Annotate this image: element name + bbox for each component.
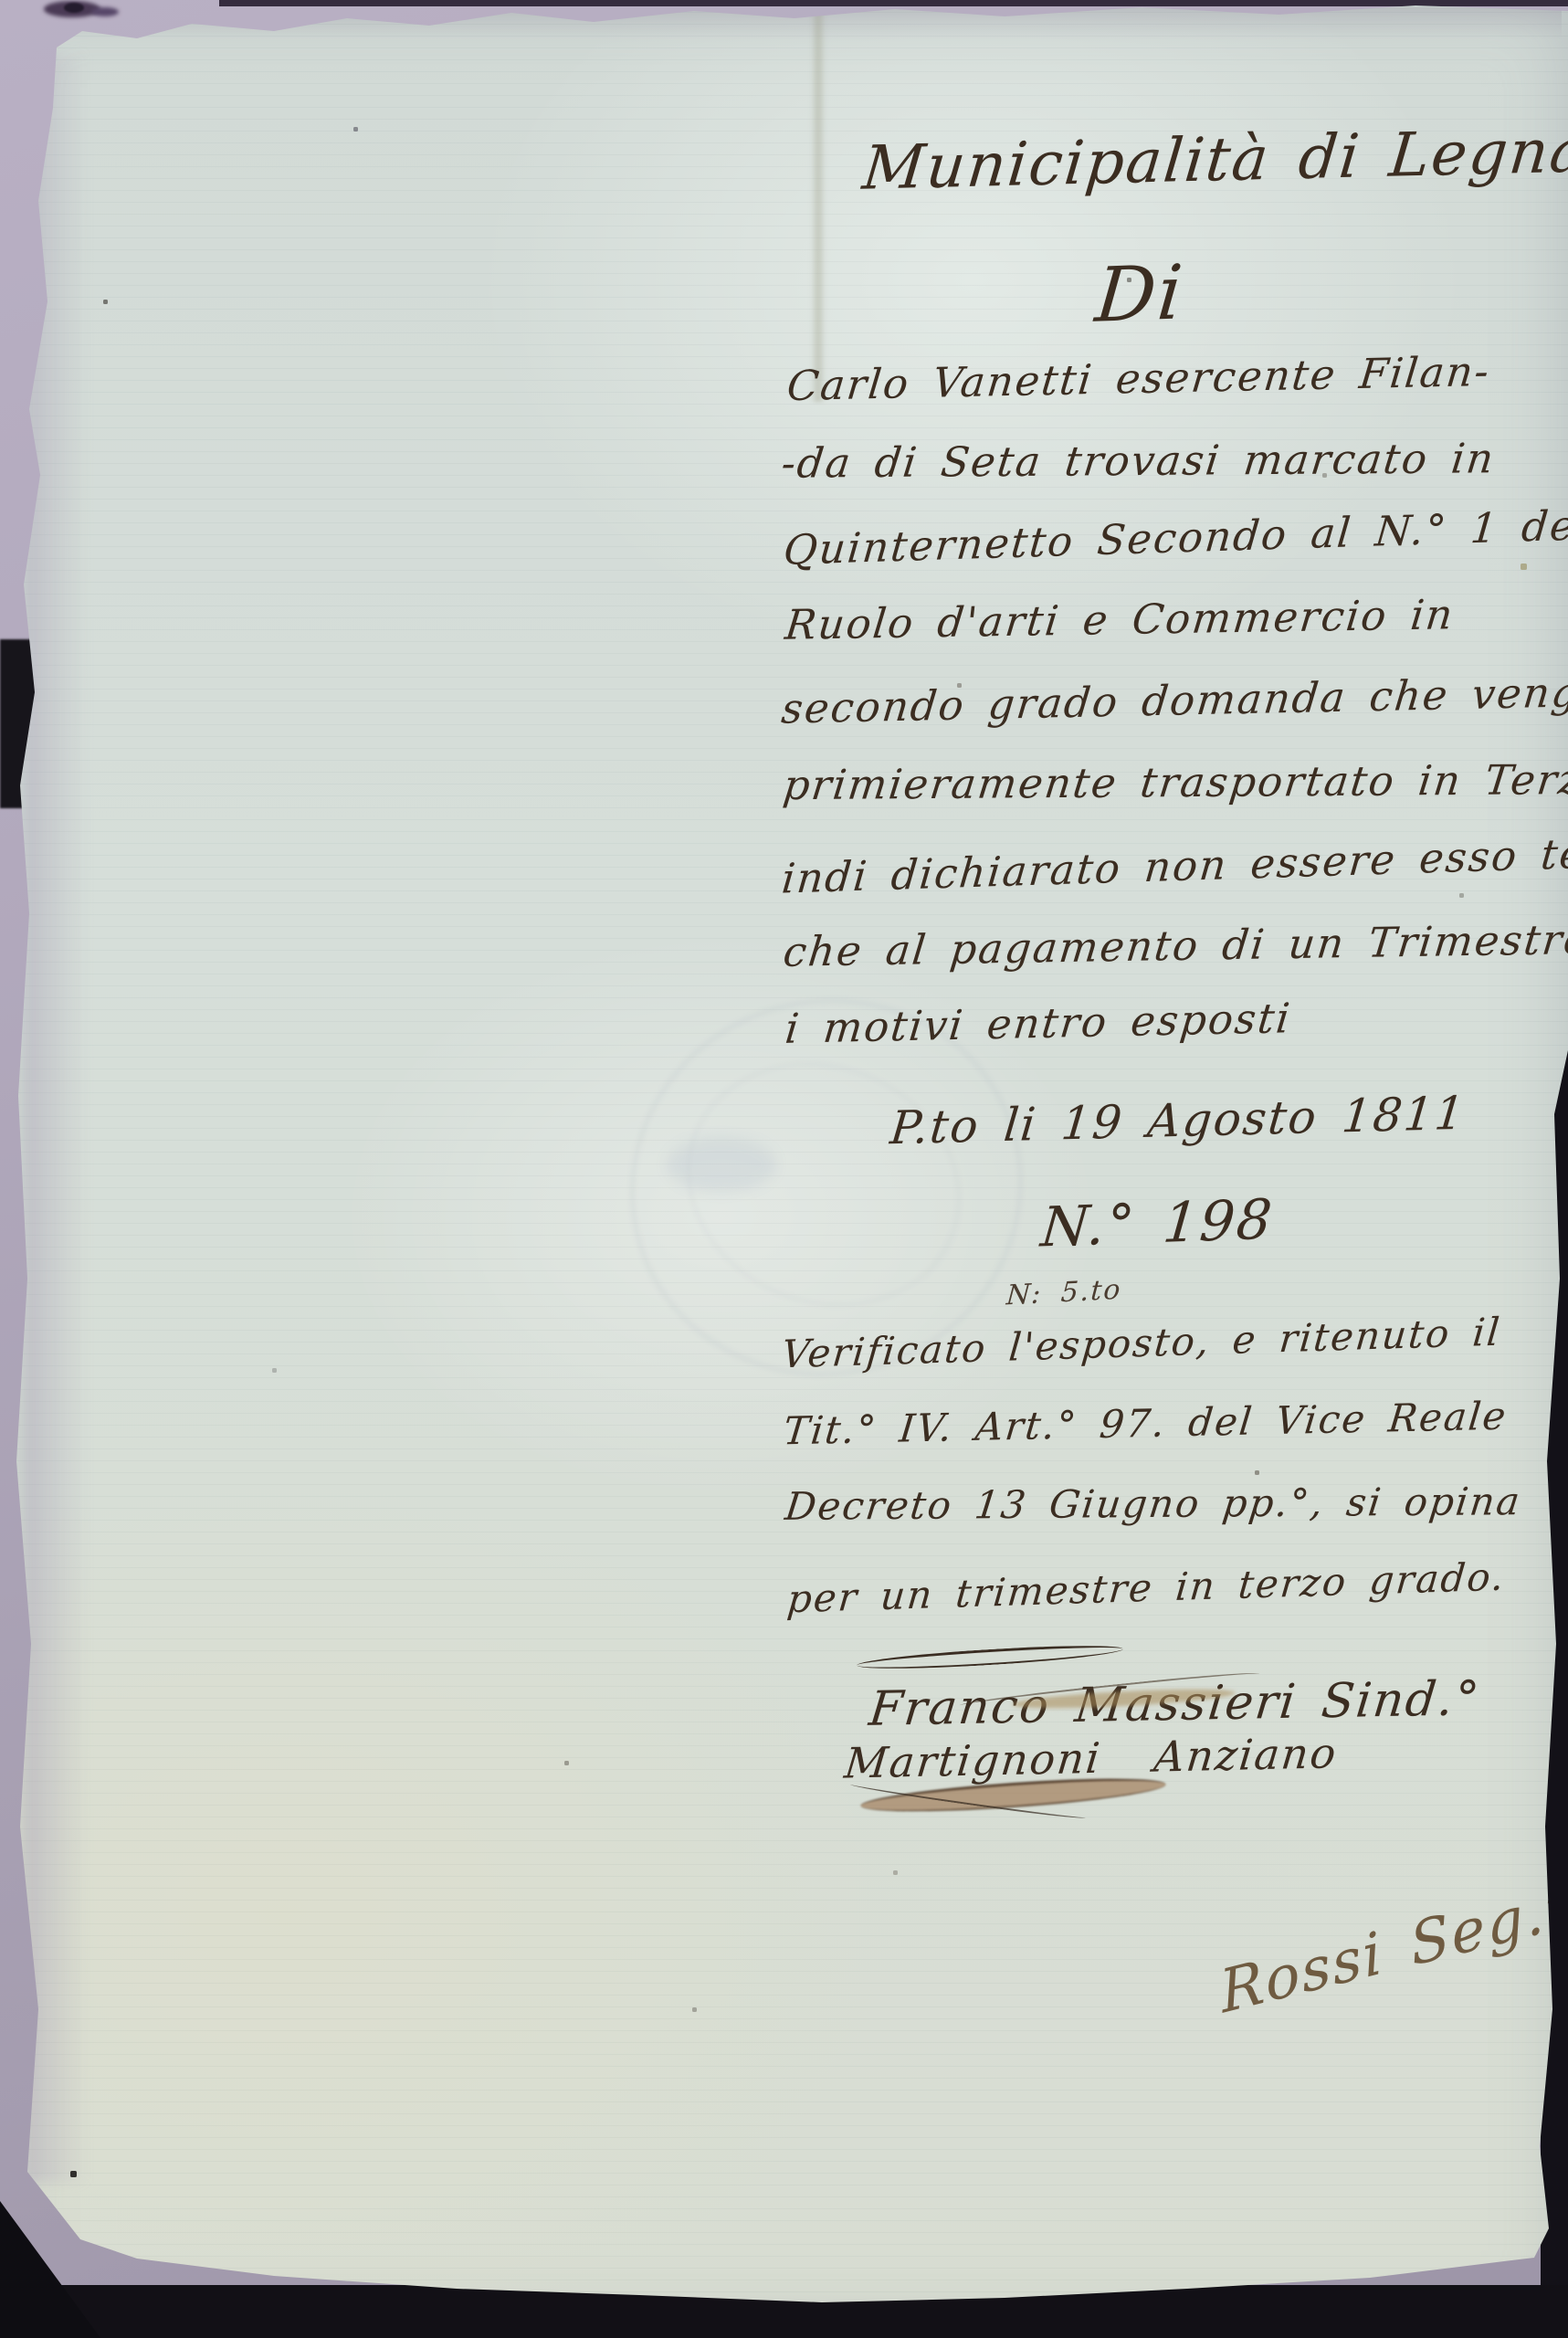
docket-number: N.° 198	[1040, 1188, 1275, 1260]
salutation: Di	[1094, 249, 1184, 339]
watermark	[630, 1000, 1023, 1374]
scan-blotch	[64, 3, 84, 13]
manuscript-line: -da di Seta trovasi marcato in	[782, 434, 1495, 487]
resolution-line: Decreto 13 Giugno pp.°, si opina	[785, 1479, 1521, 1529]
paper-sheet: Municipalità di Legnano Di Carlo Vanetti…	[0, 0, 1568, 2338]
signature-gap	[1101, 1772, 1154, 1773]
manuscript-line: primieramente trasportato in Terzo	[784, 755, 1568, 809]
watermark-smudge	[667, 1137, 776, 1192]
scan-edge-strip	[219, 0, 1568, 6]
paper-crease	[811, 9, 826, 402]
scan-blotch	[91, 7, 119, 16]
interline-note: N: 5.to	[1005, 1274, 1122, 1312]
